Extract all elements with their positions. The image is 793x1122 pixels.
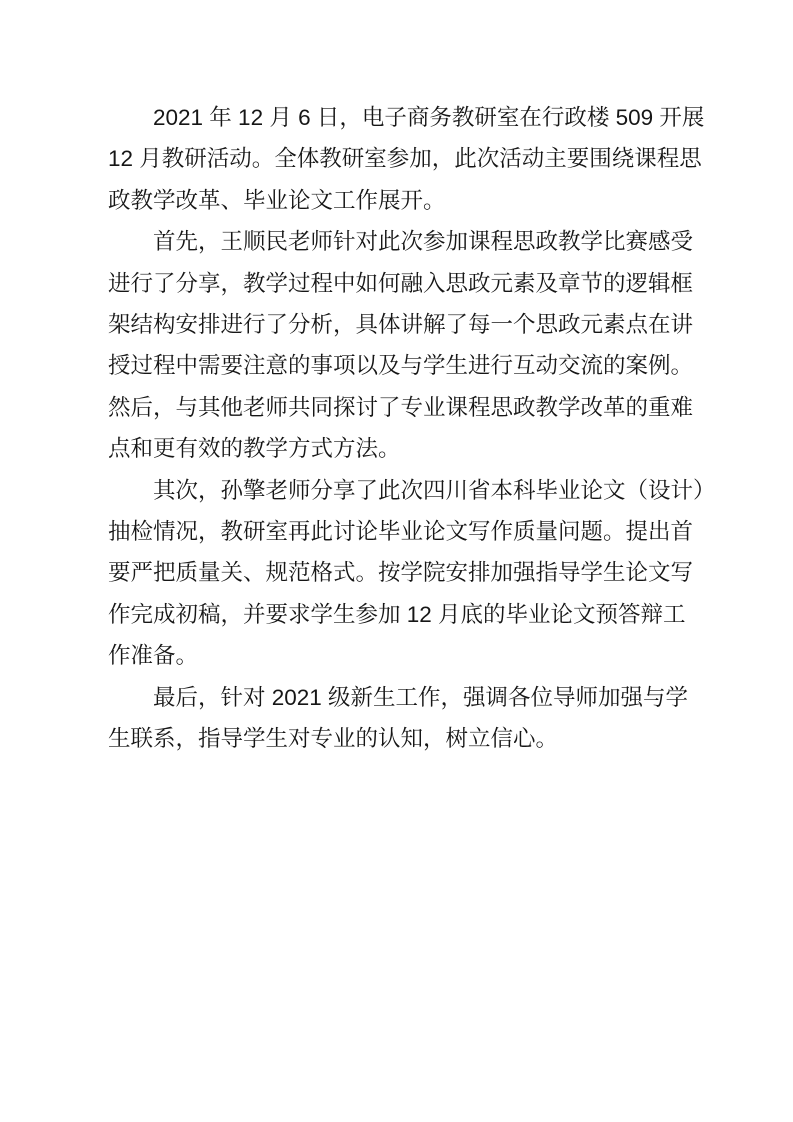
paragraph: 首先，王顺民老师针对此次参加课程思政教学比赛感受进行了分享，教学过程中如何融入思… [108, 221, 678, 469]
text-line: 生联系，指导学生对专业的认知，树立信心。 [108, 718, 678, 759]
text-line: 政教学改革、毕业论文工作展开。 [108, 180, 678, 221]
text-line: 作准备。 [108, 635, 678, 676]
paragraph: 最后，针对 2021 级新生工作，强调各位导师加强与学生联系，指导学生对专业的认… [108, 677, 678, 760]
paragraph: 其次，孙擎老师分享了此次四川省本科毕业论文（设计）抽检情况，教研室再此讨论毕业论… [108, 470, 678, 677]
text-line: 进行了分享，教学过程中如何融入思政元素及章节的逻辑框 [108, 263, 678, 304]
text-line: 然后，与其他老师共同探讨了专业课程思政教学改革的重难 [108, 387, 678, 428]
document-page: 2021 年 12 月 6 日，电子商务教研室在行政楼 509 开展12 月教研… [0, 0, 793, 1122]
text-line: 要严把质量关、规范格式。按学院安排加强指导学生论文写 [108, 552, 678, 593]
text-line: 授过程中需要注意的事项以及与学生进行互动交流的案例。 [108, 345, 678, 386]
text-line: 架结构安排进行了分析，具体讲解了每一个思政元素点在讲 [108, 304, 678, 345]
text-line: 作完成初稿，并要求学生参加 12 月底的毕业论文预答辩工 [108, 594, 678, 635]
text-line: 最后，针对 2021 级新生工作，强调各位导师加强与学 [108, 677, 678, 718]
text-line: 12 月教研活动。全体教研室参加，此次活动主要围绕课程思 [108, 138, 678, 179]
text-line: 点和更有效的教学方式方法。 [108, 428, 678, 469]
text-line: 2021 年 12 月 6 日，电子商务教研室在行政楼 509 开展 [108, 97, 678, 138]
text-line: 抽检情况，教研室再此讨论毕业论文写作质量问题。提出首 [108, 511, 678, 552]
text-line: 首先，王顺民老师针对此次参加课程思政教学比赛感受 [108, 221, 678, 262]
paragraph: 2021 年 12 月 6 日，电子商务教研室在行政楼 509 开展12 月教研… [108, 97, 678, 221]
document-body: 2021 年 12 月 6 日，电子商务教研室在行政楼 509 开展12 月教研… [108, 97, 678, 760]
text-line: 其次，孙擎老师分享了此次四川省本科毕业论文（设计） [108, 470, 678, 511]
